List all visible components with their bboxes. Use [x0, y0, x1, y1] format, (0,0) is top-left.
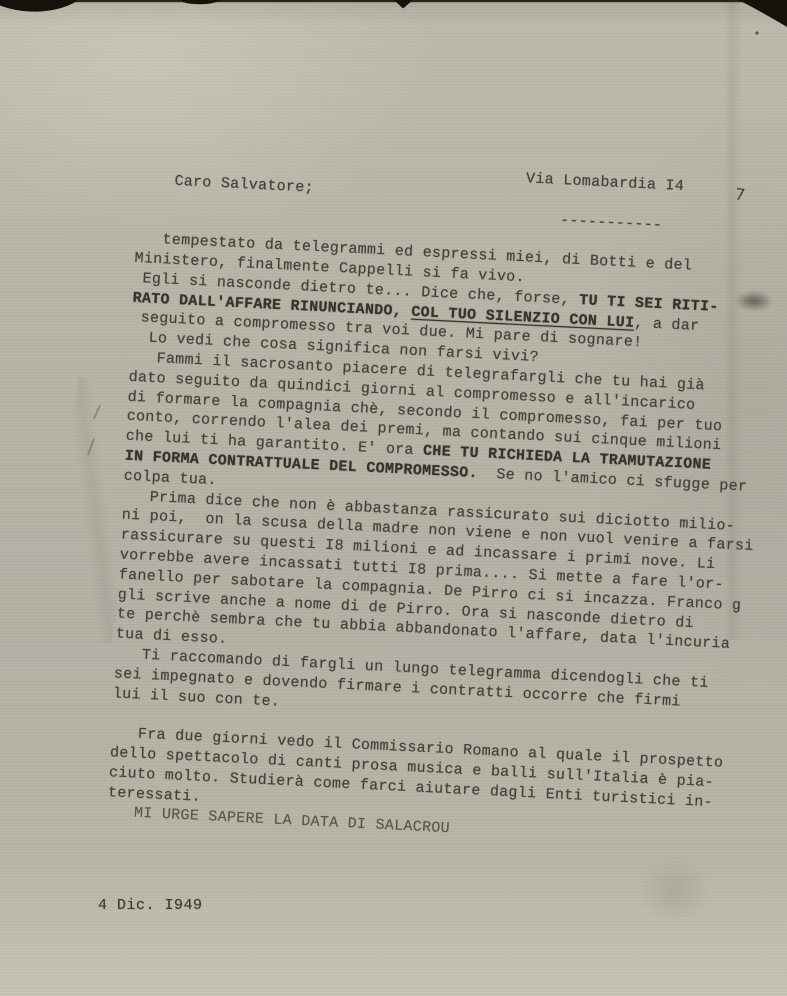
torn-edge-bump — [182, 0, 221, 4]
torn-edge-right-corner — [738, 0, 787, 27]
scanned-letter-page: { "colors": { "paper": "#b7b4a7", "ink":… — [0, 0, 787, 996]
torn-edge — [0, 0, 787, 40]
letter-text: , a dar — [634, 314, 700, 334]
letter-body: Via Lomabardia I4Caro Salvatore;--------… — [107, 150, 787, 857]
letter-text: ----------- — [560, 212, 663, 234]
letter-date: 4 Dic. I949 — [98, 897, 203, 914]
letter-text: colpa tua. — [123, 467, 217, 489]
letter-text: teressati. — [108, 784, 202, 806]
torn-edge-speck — [755, 31, 758, 34]
letter-text: tua di esso. — [115, 626, 227, 649]
paper-stain — [630, 845, 720, 935]
torn-edge-left-blob — [0, 0, 78, 12]
ink-smudge — [730, 288, 778, 314]
torn-edge-strip — [0, 0, 787, 2]
torn-edge-notch — [394, 0, 413, 9]
